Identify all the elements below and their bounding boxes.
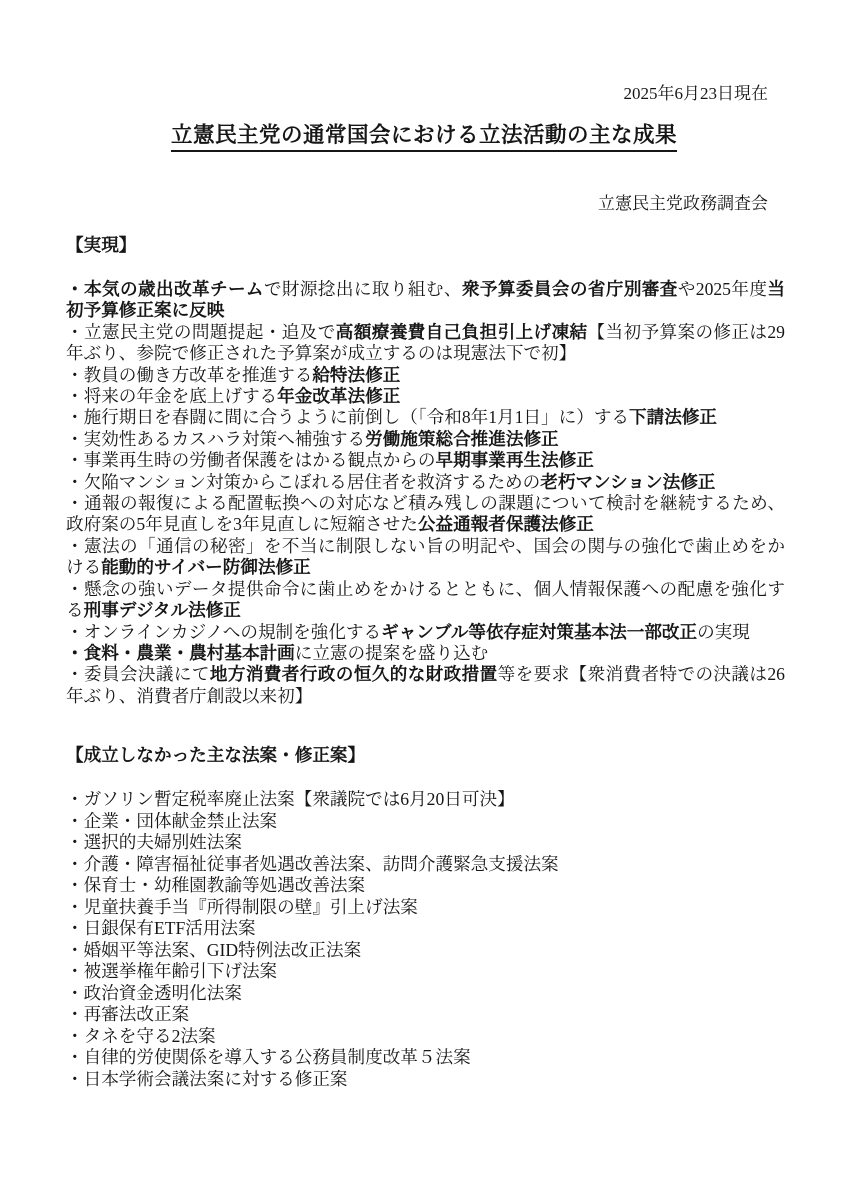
- bold-segment: ・食料・農業・農村基本計画: [66, 643, 295, 663]
- bold-segment: 老朽マンション法修正: [540, 472, 715, 492]
- bold-segment: ギャンブル等依存症対策基本法一部改正: [381, 622, 697, 642]
- list-item: ・実効性あるカスハラ対策へ補強する労働施策総合推進法修正: [66, 429, 785, 450]
- text-segment: ・日銀保有ETF活用法案: [66, 918, 256, 938]
- bold-segment: 下請法修正: [629, 407, 717, 427]
- list-item: ・再審法改正案: [66, 1004, 785, 1026]
- text-segment: ・将来の年金を底上げする: [66, 386, 277, 406]
- list-item: ・懸念の強いデータ提供命令に歯止めをかけるとともに、個人情報保護への配慮を強化す…: [66, 579, 785, 622]
- list-item: ・通報の報復による配置転換への対応など積み残しの課題について検討を継続するため、…: [66, 493, 785, 536]
- bold-segment: 衆予算委員会の省庁別審査: [462, 279, 678, 299]
- list-item: ・児童扶養手当『所得制限の壁』引上げ法案: [66, 897, 785, 919]
- section-realized-heading: 【実現】: [66, 234, 136, 256]
- document-page: 2025年6月23日現在 立憲民主党の通常国会における立法活動の主な成果 立憲民…: [0, 0, 848, 1200]
- bold-segment: 早期事業再生法修正: [435, 450, 593, 470]
- text-segment: ・タネを守る2法案: [66, 1026, 216, 1046]
- section-failed-heading: 【成立しなかった主な法案・修正案】: [66, 744, 365, 766]
- text-segment: ・教員の働き方改革を推進する: [66, 365, 312, 385]
- section-failed-list: ・ガソリン暫定税率廃止法案【衆議院では6月20日可決】・企業・団体献金禁止法案・…: [66, 789, 785, 1090]
- list-item: ・委員会決議にて地方消費者行政の恒久的な財政措置等を要求【衆消費者特での決議は2…: [66, 664, 785, 707]
- text-segment: や2025年度: [678, 279, 768, 299]
- text-segment: ・欠陥マンション対策からこぼれる居住者を救済するための: [66, 472, 540, 492]
- list-item: ・食料・農業・農村基本計画に立憲の提案を盛り込む: [66, 643, 785, 664]
- text-segment: ・日本学術会議法案に対する修正案: [66, 1069, 348, 1089]
- list-item: ・ガソリン暫定税率廃止法案【衆議院では6月20日可決】: [66, 789, 785, 811]
- list-item: ・自律的労使関係を導入する公務員制度改革５法案: [66, 1047, 785, 1069]
- list-item: ・タネを守る2法案: [66, 1026, 785, 1048]
- author-line: 立憲民主党政務調査会: [598, 194, 768, 214]
- list-item: ・施行期日を春闘に間に合うように前倒し（「令和8年1月1日」に）する下請法修正: [66, 407, 785, 428]
- bold-segment: ・本気の歳出改革チーム: [66, 279, 264, 299]
- list-item: ・オンラインカジノへの規制を強化するギャンブル等依存症対策基本法一部改正の実現: [66, 622, 785, 643]
- list-item: ・立憲民主党の問題提起・追及で高額療養費自己負担引上げ凍結【当初予算案の修正は2…: [66, 322, 785, 365]
- section-realized-list: ・本気の歳出改革チームで財源捻出に取り組む、衆予算委員会の省庁別審査や2025年…: [66, 279, 785, 707]
- text-segment: ・婚姻平等法案、GID特例法改正法案: [66, 940, 361, 960]
- bold-segment: 年金改革法修正: [277, 386, 400, 406]
- list-item: ・政治資金透明化法案: [66, 983, 785, 1005]
- text-segment: に立憲の提案を盛り込む: [295, 643, 489, 663]
- list-item: ・被選挙権年齢引下げ法案: [66, 961, 785, 983]
- text-segment: ・施行期日を春闘に間に合うように前倒し（「令和8年1月1日」に）する: [66, 407, 629, 427]
- list-item: ・日本学術会議法案に対する修正案: [66, 1069, 785, 1091]
- text-segment: ・選択的夫婦別姓法案: [66, 832, 242, 852]
- list-item: ・企業・団体献金禁止法案: [66, 811, 785, 833]
- text-segment: ・政治資金透明化法案: [66, 983, 242, 1003]
- text-segment: ・再審法改正案: [66, 1004, 189, 1024]
- list-item: ・日銀保有ETF活用法案: [66, 918, 785, 940]
- page-title-text: 立憲民主党の通常国会における立法活動の主な成果: [171, 123, 677, 152]
- text-segment: ・児童扶養手当『所得制限の壁』引上げ法案: [66, 897, 418, 917]
- list-item: ・保育士・幼稚園教諭等処遇改善法案: [66, 875, 785, 897]
- text-segment: ・委員会決議にて: [66, 664, 210, 684]
- list-item: ・将来の年金を底上げする年金改革法修正: [66, 386, 785, 407]
- bold-segment: 地方消費者行政の恒久的な財政措置: [210, 664, 498, 684]
- bold-segment: 給特法修正: [312, 365, 400, 385]
- list-item: ・憲法の「通信の秘密」を不当に制限しない旨の明記や、国会の関与の強化で歯止めをか…: [66, 536, 785, 579]
- text-segment: ・介護・障害福祉従事者処遇改善法案、訪問介護緊急支援法案: [66, 854, 559, 874]
- list-item: ・事業再生時の労働者保護をはかる観点からの早期事業再生法修正: [66, 450, 785, 471]
- text-segment: ・オンラインカジノへの規制を強化する: [66, 622, 381, 642]
- text-segment: で財源捻出に取り組む、: [264, 279, 462, 299]
- text-segment: ・実効性あるカスハラ対策へ補強する: [66, 429, 365, 449]
- list-item: ・選択的夫婦別姓法案: [66, 832, 785, 854]
- text-segment: ・ガソリン暫定税率廃止法案【衆議院では6月20日可決】: [66, 789, 515, 809]
- list-item: ・本気の歳出改革チームで財源捻出に取り組む、衆予算委員会の省庁別審査や2025年…: [66, 279, 785, 322]
- text-segment: ・事業再生時の労働者保護をはかる観点からの: [66, 450, 435, 470]
- text-segment: の実現: [697, 622, 750, 642]
- bold-segment: 労働施策総合推進法修正: [365, 429, 559, 449]
- text-segment: ・企業・団体献金禁止法案: [66, 811, 277, 831]
- date-line: 2025年6月23日現在: [624, 84, 769, 104]
- page-title: 立憲民主党の通常国会における立法活動の主な成果: [0, 123, 848, 152]
- bold-segment: 刑事デジタル法修正: [84, 600, 241, 620]
- bold-segment: 能動的サイバー防御法修正: [101, 557, 311, 577]
- text-segment: ・保育士・幼稚園教諭等処遇改善法案: [66, 875, 365, 895]
- list-item: ・教員の働き方改革を推進する給特法修正: [66, 365, 785, 386]
- bold-segment: 公益通報者保護法修正: [418, 514, 594, 534]
- bold-segment: 高額療養費自己負担引上げ凍結: [336, 322, 588, 342]
- list-item: ・欠陥マンション対策からこぼれる居住者を救済するための老朽マンション法修正: [66, 472, 785, 493]
- list-item: ・介護・障害福祉従事者処遇改善法案、訪問介護緊急支援法案: [66, 854, 785, 876]
- text-segment: ・被選挙権年齢引下げ法案: [66, 961, 277, 981]
- list-item: ・婚姻平等法案、GID特例法改正法案: [66, 940, 785, 962]
- text-segment: ・自律的労使関係を導入する公務員制度改革５法案: [66, 1047, 471, 1067]
- text-segment: ・立憲民主党の問題提起・追及で: [66, 322, 336, 342]
